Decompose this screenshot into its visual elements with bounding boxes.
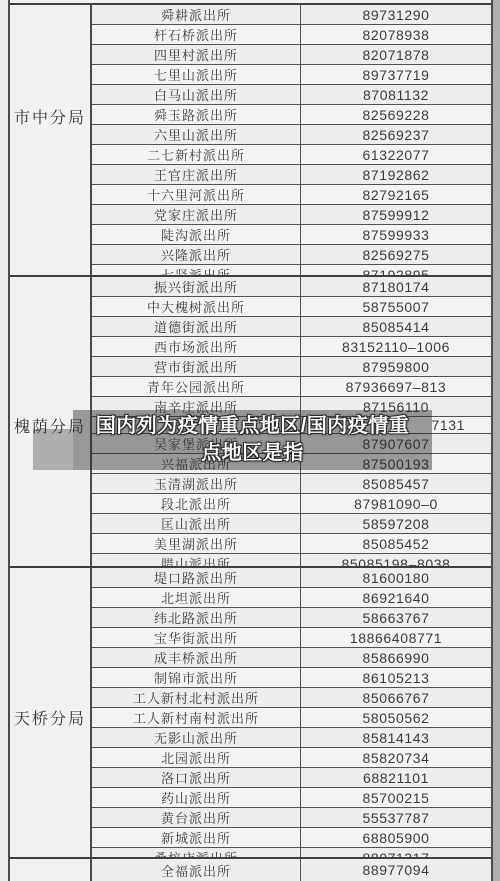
phone-number-cell: 68805900: [301, 828, 491, 847]
table-row: 舜玉路派出所82569228: [92, 105, 491, 125]
bureau-cell: 市中分局: [10, 5, 92, 284]
caption-overlay: 国内列为疫情重点地区/国内疫情重 点地区是指: [73, 410, 432, 470]
phone-number-cell: 87959800: [301, 357, 491, 376]
left-margin-strip: [0, 0, 8, 881]
phone-number-cell: 83152110–1006: [301, 337, 491, 356]
station-name-cell: 制锦市派出所: [92, 668, 301, 687]
table-row: 六里山派出所82569237: [92, 125, 491, 145]
table-row: 段北派出所87981090–0: [92, 494, 491, 514]
table-row: 工人新村南村派出所58050562: [92, 708, 491, 728]
station-name-cell: 白马山派出所: [92, 85, 301, 104]
station-name-cell: 四里村派出所: [92, 45, 301, 64]
table-row: 中大槐树派出所58755007: [92, 297, 491, 317]
bureau-label: 市中分局: [14, 105, 86, 128]
phone-number-cell: 61322077: [301, 145, 491, 164]
phone-number-cell: 85085452: [301, 534, 491, 553]
table-row: 匡山派出所58597208: [92, 514, 491, 534]
station-name-cell: 道德街派出所: [92, 317, 301, 336]
station-name-cell: 无影山派出所: [92, 728, 301, 747]
phone-number-cell: 82078938: [301, 25, 491, 44]
phone-number-cell: 89737719: [301, 65, 491, 84]
phone-number-cell: 87599933: [301, 225, 491, 244]
phone-number-cell: 85820734: [301, 748, 491, 767]
station-name-cell: 黄台派出所: [92, 808, 301, 827]
station-name-cell: 新城派出所: [92, 828, 301, 847]
station-name-cell: 七里山派出所: [92, 65, 301, 84]
table-row: 七里山派出所89737719: [92, 65, 491, 85]
phone-number-cell: 55537787: [301, 808, 491, 827]
table-row: 纬北路派出所58663767: [92, 608, 491, 628]
station-name-cell: 药山派出所: [92, 788, 301, 807]
station-name-cell: 玉清湖派出所: [92, 474, 301, 493]
phone-number-cell: 18866408771: [301, 628, 491, 647]
table-row: 西市场派出所83152110–1006: [92, 337, 491, 357]
station-name-cell: 舜耕派出所: [92, 5, 301, 24]
phone-number-cell: 82569275: [301, 245, 491, 264]
table-row: 白马山派出所87081132: [92, 85, 491, 105]
station-name-cell: 十六里河派出所: [92, 185, 301, 204]
phone-number-cell: 87180174: [301, 277, 491, 296]
caption-line-1: 国内列为疫情重点地区/国内疫情重: [96, 413, 410, 440]
table-row: 宝华街派出所18866408771: [92, 628, 491, 648]
station-name-cell: 振兴街派出所: [92, 277, 301, 296]
table-row: 黄台派出所55537787: [92, 808, 491, 828]
station-name-cell: 党家庄派出所: [92, 205, 301, 224]
phone-number-cell: 85066767: [301, 688, 491, 707]
table-row: 北坦派出所86921640: [92, 588, 491, 608]
table-row: 全福派出所88977094: [92, 859, 491, 881]
section-rows: 舜耕派出所89731290杆石桥派出所82078938四里村派出所8207187…: [92, 5, 491, 284]
station-name-cell: 二七新村派出所: [92, 145, 301, 164]
station-name-cell: 洛口派出所: [92, 768, 301, 787]
phone-number-cell: 86105213: [301, 668, 491, 687]
bureau-label: 天桥分局: [14, 706, 86, 729]
caption-overlay-side-box: [33, 429, 73, 470]
station-name-cell: 营市街派出所: [92, 357, 301, 376]
station-name-cell: 舜玉路派出所: [92, 105, 301, 124]
table-row: 制锦市派出所86105213: [92, 668, 491, 688]
phone-number-cell: 81600180: [301, 568, 491, 587]
station-name-cell: 段北派出所: [92, 494, 301, 513]
phone-number-cell: 85700215: [301, 788, 491, 807]
station-name-cell: 全福派出所: [92, 859, 301, 881]
table-row: 兴隆派出所82569275: [92, 245, 491, 265]
station-name-cell: 兴隆派出所: [92, 245, 301, 264]
table-row: 杆石桥派出所82078938: [92, 25, 491, 45]
table-row: 陡沟派出所87599933: [92, 225, 491, 245]
table-row: 王官庄派出所87192862: [92, 165, 491, 185]
station-name-cell: 纬北路派出所: [92, 608, 301, 627]
table-row: 美里湖派出所85085452: [92, 534, 491, 554]
table-row: 堤口路派出所81600180: [92, 568, 491, 588]
phone-number-cell: 58597208: [301, 514, 491, 533]
table-row: 新城派出所68805900: [92, 828, 491, 848]
bureau-section: 全福派出所88977094: [10, 857, 491, 881]
phone-number-cell: 85085414: [301, 317, 491, 336]
station-name-cell: 陡沟派出所: [92, 225, 301, 244]
phone-number-cell: 82569228: [301, 105, 491, 124]
station-name-cell: 王官庄派出所: [92, 165, 301, 184]
station-name-cell: 青年公园派出所: [92, 377, 301, 396]
phone-number-cell: 85814143: [301, 728, 491, 747]
phone-number-cell: 89731290: [301, 5, 491, 24]
table-row: 北园派出所85820734: [92, 748, 491, 768]
station-name-cell: 中大槐树派出所: [92, 297, 301, 316]
station-name-cell: 杆石桥派出所: [92, 25, 301, 44]
table-row: 舜耕派出所89731290: [92, 5, 491, 25]
station-name-cell: 北园派出所: [92, 748, 301, 767]
bureau-cell: [10, 859, 92, 881]
phone-number-cell: 82569237: [301, 125, 491, 144]
phone-number-cell: 87081132: [301, 85, 491, 104]
phone-number-cell: 58663767: [301, 608, 491, 627]
right-margin-strip: [493, 0, 500, 881]
bureau-cell: 天桥分局: [10, 568, 92, 867]
table-row: 无影山派出所85814143: [92, 728, 491, 748]
table-row: 营市街派出所87959800: [92, 357, 491, 377]
phone-number-cell: 87936697–813: [301, 377, 491, 396]
phone-number-cell: 87981090–0: [301, 494, 491, 513]
station-name-cell: 工人新村南村派出所: [92, 708, 301, 727]
table-row: 十六里河派出所82792165: [92, 185, 491, 205]
screenshot-root: 市中分局舜耕派出所89731290杆石桥派出所82078938四里村派出所820…: [0, 0, 500, 881]
table-row: 党家庄派出所87599912: [92, 205, 491, 225]
phone-number-cell: 86921640: [301, 588, 491, 607]
table-row: 振兴街派出所87180174: [92, 277, 491, 297]
phone-number-cell: 85866990: [301, 648, 491, 667]
section-rows: 全福派出所88977094: [92, 859, 491, 881]
table-row: 二七新村派出所61322077: [92, 145, 491, 165]
table-row: 道德街派出所85085414: [92, 317, 491, 337]
station-name-cell: 成丰桥派出所: [92, 648, 301, 667]
table-row: 药山派出所85700215: [92, 788, 491, 808]
caption-line-2: 点地区是指: [201, 440, 304, 467]
station-name-cell: 工人新村北村派出所: [92, 688, 301, 707]
phone-number-cell: 82071878: [301, 45, 491, 64]
section-rows: 堤口路派出所81600180北坦派出所86921640纬北路派出所5866376…: [92, 568, 491, 867]
station-name-cell: 宝华街派出所: [92, 628, 301, 647]
station-name-cell: 西市场派出所: [92, 337, 301, 356]
phone-number-cell: 85085457: [301, 474, 491, 493]
station-name-cell: 北坦派出所: [92, 588, 301, 607]
station-name-cell: 六里山派出所: [92, 125, 301, 144]
phone-number-cell: 88977094: [301, 859, 491, 881]
phone-number-cell: 87192862: [301, 165, 491, 184]
station-name-cell: 匡山派出所: [92, 514, 301, 533]
station-name-cell: 美里湖派出所: [92, 534, 301, 553]
phone-number-cell: 68821101: [301, 768, 491, 787]
phone-number-cell: 58050562: [301, 708, 491, 727]
table-row: 玉清湖派出所85085457: [92, 474, 491, 494]
phone-number-cell: 58755007: [301, 297, 491, 316]
phone-number-cell: 82792165: [301, 185, 491, 204]
bureau-section: 市中分局舜耕派出所89731290杆石桥派出所82078938四里村派出所820…: [10, 3, 491, 275]
bureau-section: 天桥分局堤口路派出所81600180北坦派出所86921640纬北路派出所586…: [10, 566, 491, 857]
table-row: 四里村派出所82071878: [92, 45, 491, 65]
station-name-cell: 堤口路派出所: [92, 568, 301, 587]
table-row: 工人新村北村派出所85066767: [92, 688, 491, 708]
phone-number-cell: 87599912: [301, 205, 491, 224]
table-row: 青年公园派出所87936697–813: [92, 377, 491, 397]
table-row: 洛口派出所68821101: [92, 768, 491, 788]
table-row: 成丰桥派出所85866990: [92, 648, 491, 668]
